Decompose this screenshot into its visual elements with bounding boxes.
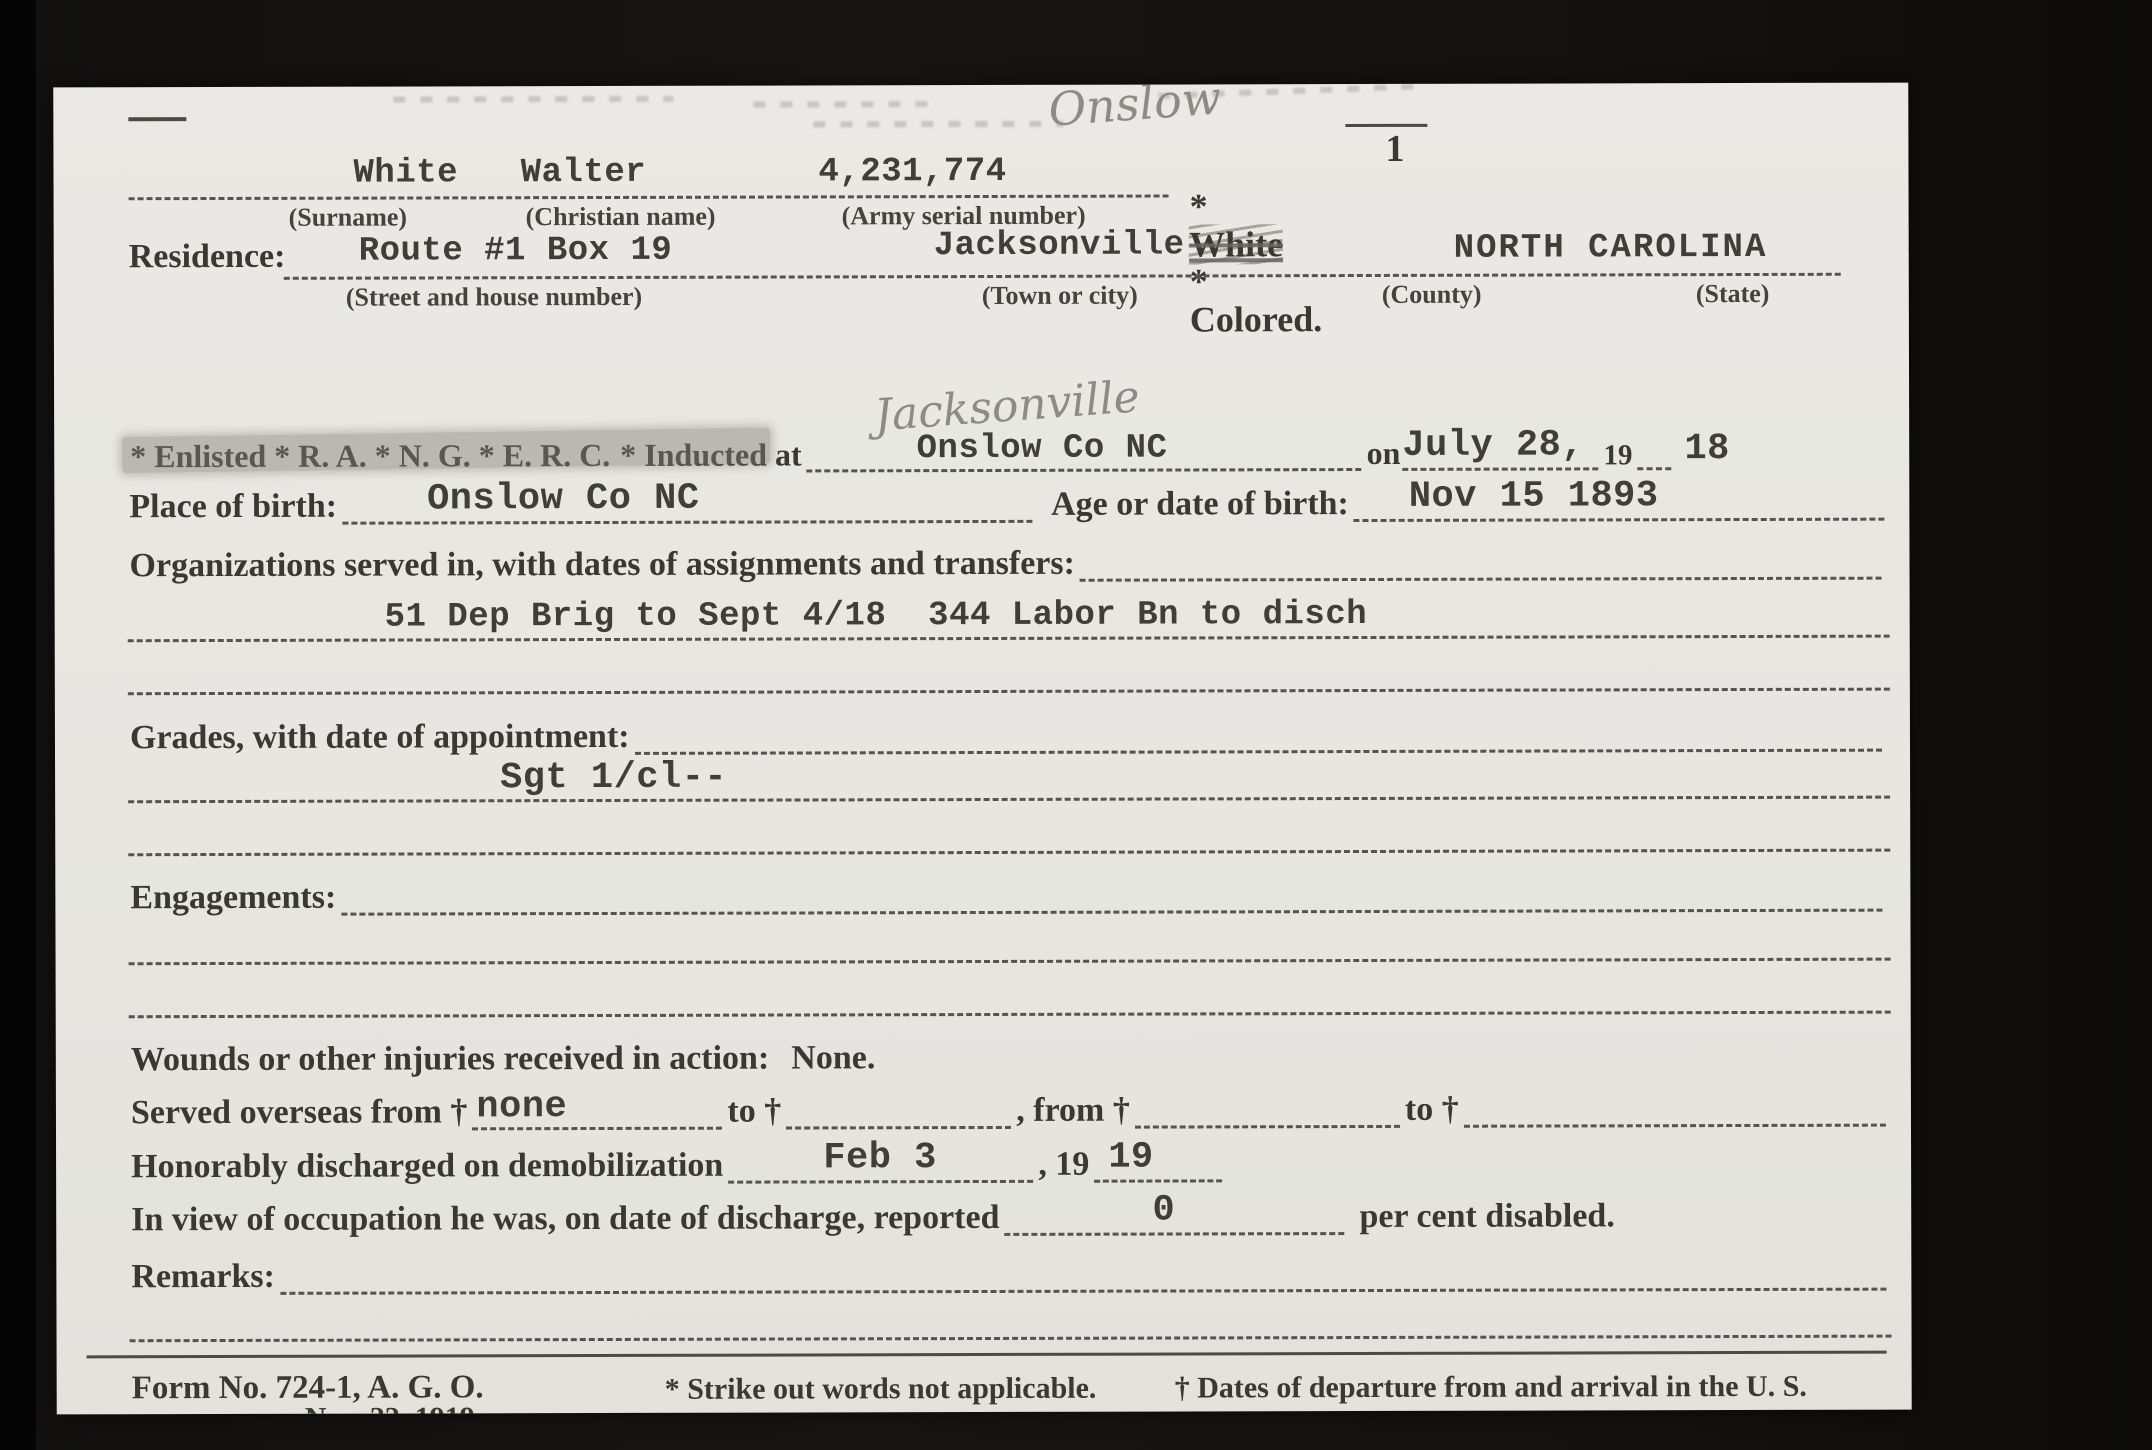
overseas-from2-label: , from † (1016, 1093, 1130, 1129)
discharge-date-blank: Feb 3 (728, 1174, 1033, 1184)
typed-birth-place: Onslow Co NC (427, 480, 700, 518)
organizations-label: Organizations served in, with dates of a… (129, 546, 1074, 584)
typed-state: NORTH CAROLINA (1454, 231, 1768, 266)
engagements-label: Engagements: (130, 880, 336, 916)
induction-place-blank: Onslow Co NC (807, 462, 1362, 472)
form-date: Nov. 22, 1919 (305, 1402, 475, 1414)
scan-artifact (393, 96, 673, 103)
year-prefix-19: 19 (1603, 440, 1632, 471)
serial-number-label: (Army serial number) (842, 203, 1086, 230)
name-fill-line (129, 195, 1169, 201)
strike-note: * Strike out words not applicable. (665, 1373, 1097, 1406)
scan-artifact (753, 101, 933, 107)
grades-blank (635, 742, 1882, 754)
overseas-label: Served overseas from † (131, 1094, 468, 1131)
typed-induction-date: July 28, (1402, 427, 1584, 464)
overseas-from-blank: none (472, 1120, 722, 1130)
organizations-row: Organizations served in, with dates of a… (129, 544, 1886, 584)
engagements-blank (341, 902, 1882, 915)
place-of-birth-label: Place of birth: (129, 489, 337, 525)
typed-birth-date: Nov 15 1893 (1409, 478, 1659, 516)
disability-row: In view of occupation he was, on date of… (131, 1198, 1615, 1238)
discharge-year-prefix: , 19 (1038, 1147, 1089, 1183)
county-pencil-annotation: Onslow (1047, 83, 1223, 133)
footer-rule (87, 1351, 1887, 1359)
state-label: (State) (1696, 281, 1770, 307)
discharge-year-blank: 19 (1094, 1173, 1222, 1182)
fill-line (128, 796, 1890, 804)
grades-label: Grades, with date of appointment: (130, 719, 630, 756)
typed-disability-percent: 0 (1152, 1192, 1175, 1229)
induction-year-blank (1637, 461, 1671, 470)
fill-line (129, 1011, 1891, 1019)
surname-label: (Surname) (289, 205, 408, 231)
typed-name: White Walter (353, 156, 646, 191)
service-record-card: Onslow 1 White Walter 4,231,774 * White … (53, 83, 1911, 1415)
overseas-to-label: to † (727, 1094, 781, 1130)
birth-place-blank: Onslow Co NC (342, 514, 1032, 525)
age-label: Age or date of birth: (1051, 486, 1349, 522)
typed-serial-number: 4,231,774 (818, 155, 1006, 189)
scan-artifact (813, 121, 1063, 128)
scan-black-edge (0, 0, 36, 1450)
discharge-row: Honorably discharged on demobilization F… (131, 1146, 1227, 1185)
typed-town: Jacksonville (934, 228, 1185, 263)
residence-fill-line (284, 273, 1841, 280)
birth-date-blank: Nov 15 1893 (1354, 511, 1885, 521)
typed-street: Route #1 Box 19 (359, 234, 673, 269)
on-label: on (1367, 437, 1401, 471)
county-label: (County) (1382, 282, 1482, 308)
discharge-label: Honorably discharged on demobilization (131, 1148, 723, 1185)
overseas-from2-blank (1135, 1119, 1400, 1129)
fill-line (130, 1335, 1892, 1343)
christian-name-label: (Christian name) (526, 204, 716, 230)
birth-row: Place of birth: Onslow Co NC Age or date… (129, 485, 1889, 525)
street-label: (Street and house number) (346, 284, 642, 311)
disability-suffix: per cent disabled. (1359, 1198, 1614, 1234)
remarks-row: Remarks: (131, 1255, 1891, 1295)
typed-grade: Sgt 1/cl-- (500, 760, 727, 798)
organizations-blank (1080, 570, 1882, 581)
overseas-row: Served overseas from † none to † , from … (131, 1091, 1891, 1131)
overseas-to-blank (786, 1120, 1011, 1130)
race-star: * (1190, 262, 1208, 302)
fill-line (128, 849, 1890, 857)
wounds-label: Wounds or other injuries received in act… (131, 1041, 770, 1078)
grades-row: Grades, with date of appointment: (130, 716, 1887, 756)
race-star: * (1190, 186, 1208, 226)
fill-line (128, 688, 1890, 696)
wounds-value: None. (791, 1040, 875, 1076)
residence-label: Residence: (129, 239, 286, 275)
induction-date-blank: July 28, (1402, 461, 1598, 471)
dagger-note: † Dates of departure from and arrival in… (1175, 1371, 1807, 1404)
page-number: 1 (1385, 130, 1404, 170)
overseas-to2-blank (1464, 1117, 1886, 1127)
race-white-struck: White (1189, 224, 1283, 264)
disability-blank: 0 (1004, 1226, 1344, 1236)
remarks-label: Remarks: (131, 1259, 275, 1295)
typed-organizations: 51 Dep Brig to Sept 4/18 344 Labor Bn to… (385, 598, 1368, 635)
race-colored-label: Colored. (1190, 299, 1322, 339)
top-left-mark (128, 117, 186, 121)
typed-discharge-year: 19 (1108, 1139, 1154, 1176)
typed-induction-year: 18 (1684, 431, 1730, 468)
scanned-service-record: { "colors": { "background": "#141210", "… (0, 0, 2152, 1450)
induction-row: * Enlisted * R. A. * N. G. * E. R. C. * … (130, 433, 1890, 475)
disability-label: In view of occupation he was, on date of… (131, 1200, 999, 1238)
enlistment-options: * Enlisted * R. A. * N. G. * E. R. C. (130, 439, 610, 474)
inducted-at-label: * Inducted at (620, 439, 801, 473)
typed-induction-place: Onslow Co NC (917, 432, 1168, 467)
engagements-row: Engagements: (130, 876, 1887, 916)
overseas-to2-label: to † (1405, 1092, 1459, 1128)
typed-discharge-date: Feb 3 (823, 1140, 937, 1177)
wounds-row: Wounds or other injuries received in act… (131, 1040, 876, 1078)
town-label: (Town or city) (982, 283, 1138, 309)
typed-overseas-from: none (476, 1089, 567, 1126)
page-number-line (1345, 124, 1427, 127)
fill-line (129, 958, 1891, 966)
remarks-blank (280, 1281, 1886, 1294)
